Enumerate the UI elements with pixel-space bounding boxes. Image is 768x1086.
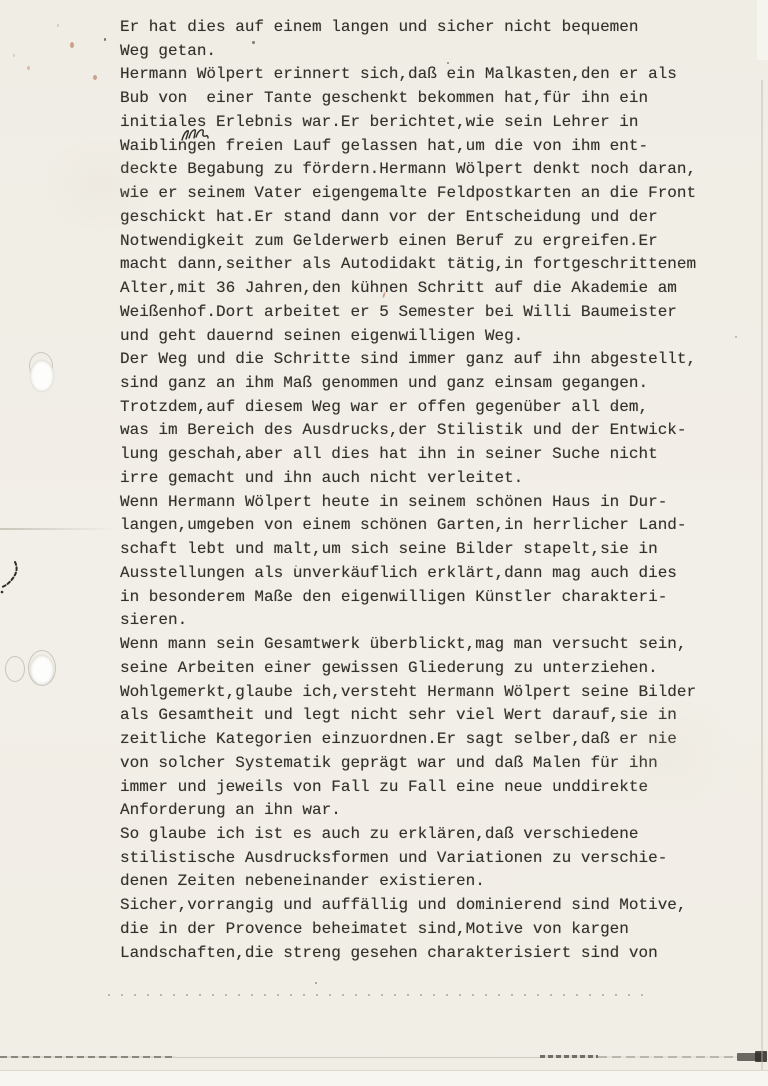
- text-line: Der Weg und die Schritte sind immer ganz…: [120, 348, 740, 372]
- scratch-line-segment: [175, 1057, 540, 1058]
- scratch-line-segment: [0, 1056, 175, 1058]
- text-line: initiales Erlebnis war.Er berichtet,wie …: [120, 111, 740, 135]
- text-line: zeitliche Kategorien einzuordnen.Er sagt…: [120, 728, 740, 752]
- rust-speck: [13, 54, 15, 57]
- text-line: Landschaften,die streng gesehen charakte…: [120, 942, 740, 966]
- text-line: seine Arbeiten einer gewissen Gliederung…: [120, 657, 740, 681]
- scan-corner-strip: [757, 0, 768, 60]
- text-line: wie er seinem Vater eigengemalte Feldpos…: [120, 182, 740, 206]
- scratch-line-blob: [755, 1051, 767, 1062]
- typewritten-text: Er hat dies auf einem langen und sicher …: [120, 16, 740, 965]
- paper-crease: [0, 528, 115, 530]
- text-line: Wenn Hermann Wölpert heute in seinem sch…: [120, 491, 740, 515]
- text-line: Weg getan.: [120, 40, 740, 64]
- text-line: Ausstellungen als unverkäuflich erklärt,…: [120, 562, 740, 586]
- text-line: Bub von einer Tante geschenkt bekommen h…: [120, 87, 740, 111]
- text-line: Alter,mit 36 Jahren,den kühnen Schritt a…: [120, 277, 740, 301]
- text-line: Waiblingen freien Lauf gelassen hat,um d…: [120, 135, 740, 159]
- punch-hole-ring-top: [29, 352, 53, 380]
- text-line: schaft lebt und malt,um sich seine Bilde…: [120, 538, 740, 562]
- rust-speck: [93, 75, 97, 80]
- punch-hole-ghost-ring: [5, 656, 25, 682]
- text-line: und geht dauernd seinen eigenwilligen We…: [120, 325, 740, 349]
- text-line: Trotzdem,auf diesem Weg war er offen geg…: [120, 396, 740, 420]
- text-line: sind ganz an ihm Maß genommen und ganz e…: [120, 372, 740, 396]
- ink-speck: [315, 982, 317, 984]
- text-line: Sicher,vorrangig und auffällig und domin…: [120, 894, 740, 918]
- text-line: was im Bereich des Ausdrucks,der Stilist…: [120, 419, 740, 443]
- text-line: die in der Provence beheimatet sind,Moti…: [120, 918, 740, 942]
- handwritten-margin-mark: [0, 560, 20, 596]
- text-line: Anforderung an ihn war.: [120, 799, 740, 823]
- text-line: denen Zeiten nebeneinander existieren.: [120, 870, 740, 894]
- paper-right-edge: [761, 80, 763, 1070]
- text-line: in besonderem Maße den eigenwilligen Kün…: [120, 586, 740, 610]
- text-line: stilistische Ausdrucksformen und Variati…: [120, 847, 740, 871]
- rust-speck: [27, 66, 30, 70]
- text-line: lung geschah,aber all dies hat ihn in se…: [120, 443, 740, 467]
- text-line: Weißenhof.Dort arbeitet er 5 Semester be…: [120, 301, 740, 325]
- scanned-page: Er hat dies auf einem langen und sicher …: [0, 0, 768, 1086]
- scratch-line-segment: [540, 1055, 598, 1058]
- rust-speck: [70, 42, 74, 48]
- punch-hole-bottom: [30, 655, 54, 685]
- text-line: geschickt hat.Er stand dann vor der Ents…: [120, 206, 740, 230]
- text-line: deckte Begabung zu fördern.Hermann Wölpe…: [120, 158, 740, 182]
- scan-edge-strip: [0, 1071, 768, 1086]
- faint-dotted-line: [108, 994, 648, 996]
- text-line: Wenn mann sein Gesamtwerk überblickt,mag…: [120, 633, 740, 657]
- text-line: sieren.: [120, 609, 740, 633]
- text-line: von solcher Systematik geprägt war und d…: [120, 752, 740, 776]
- text-line: immer und jeweils von Fall zu Fall eine …: [120, 776, 740, 800]
- text-line: Notwendigkeit zum Gelderwerb einen Beruf…: [120, 230, 740, 254]
- text-line: langen,umgeben von einem schönen Garten,…: [120, 514, 740, 538]
- text-line: So glaube ich ist es auch zu erklären,da…: [120, 823, 740, 847]
- scan-edge-line: [0, 1070, 768, 1071]
- scratch-line-blob: [737, 1053, 763, 1061]
- punch-hole-top: [30, 360, 54, 392]
- text-line: macht dann,seither als Autodidakt tätig,…: [120, 253, 740, 277]
- text-line: Er hat dies auf einem langen und sicher …: [120, 16, 740, 40]
- text-line: Hermann Wölpert erinnert sich,daß ein Ma…: [120, 63, 740, 87]
- text-line: als Gesamtheit und legt nicht sehr viel …: [120, 704, 740, 728]
- text-line: Wohlgemerkt,glaube ich,versteht Hermann …: [120, 681, 740, 705]
- scratch-line-segment: [598, 1056, 738, 1058]
- text-line: irre gemacht und ihn auch nicht verleite…: [120, 467, 740, 491]
- rust-speck: [57, 24, 59, 27]
- ink-speck: [104, 38, 106, 41]
- punch-hole-ring-bottom: [28, 650, 56, 686]
